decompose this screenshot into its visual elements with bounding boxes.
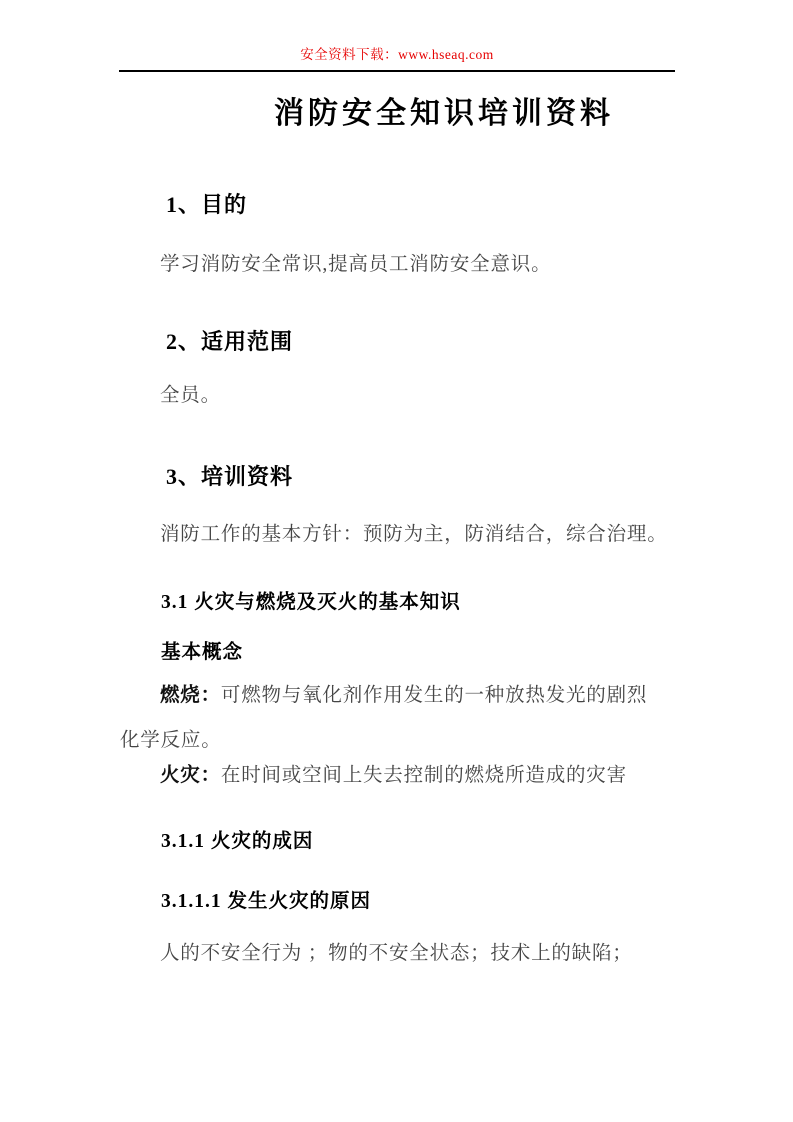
combustion-definition-line2: 化学反应。 — [120, 730, 222, 751]
paragraph-fire: 火灾：在时间或空间上失去控制的燃烧所造成的灾害 — [120, 753, 672, 798]
combustion-definition-line1: 可燃物与氧化剂作用发生的一种放热发光的剧烈 — [221, 685, 647, 706]
document-content: 消防安全知识培训资料 1、目的 学习消防安全常识,提高员工消防安全意识。 2、适… — [0, 94, 793, 976]
heading-purpose: 1、目的 — [120, 190, 672, 220]
paragraph-scope: 全员。 — [120, 373, 672, 418]
heading-3-1-1: 3.1.1 火灾的成因 — [120, 828, 672, 856]
heading-scope: 2、适用范围 — [120, 327, 672, 357]
header-download-link[interactable]: 安全资料下载：www.hseaq.com — [119, 46, 675, 64]
document-page: 安全资料下载：www.hseaq.com 消防安全知识培训资料 1、目的 学习消… — [0, 0, 793, 1122]
paragraph-purpose: 学习消防安全常识,提高员工消防安全意识。 — [120, 242, 672, 287]
paragraph-combustion: 燃烧：可燃物与氧化剂作用发生的一种放热发光的剧烈化学反应。 — [120, 673, 672, 763]
heading-basic-concepts: 基本概念 — [120, 639, 672, 667]
term-fire: 火灾： — [160, 765, 221, 786]
page-title: 消防安全知识培训资料 — [216, 94, 672, 134]
heading-3-1: 3.1 火灾与燃烧及灭火的基本知识 — [120, 589, 672, 617]
page-header: 安全资料下载：www.hseaq.com — [119, 0, 675, 72]
heading-3-1-1-1: 3.1.1.1 发生火灾的原因 — [120, 888, 672, 916]
heading-materials: 3、培训资料 — [120, 462, 672, 492]
term-combustion: 燃烧： — [160, 685, 221, 706]
paragraph-materials: 消防工作的基本方针：预防为主，防消结合，综合治理。 — [120, 512, 672, 557]
header-divider — [119, 70, 675, 72]
paragraph-fire-causes: 人的不安全行为 ；物的不安全状态；技术上的缺陷； — [120, 931, 672, 976]
fire-definition: 在时间或空间上失去控制的燃烧所造成的灾害 — [221, 765, 627, 786]
